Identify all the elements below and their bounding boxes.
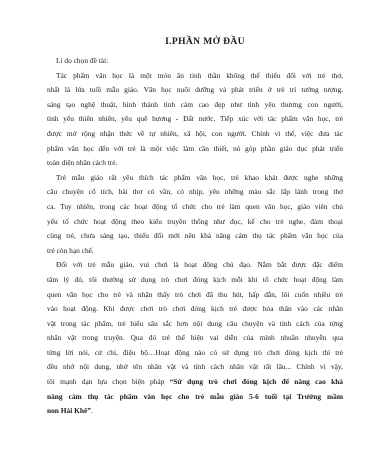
text-line: trẻ còn hạn chế.: [47, 244, 343, 259]
text-line: yếu tổ chức hoạt động theo kiểu truyền t…: [47, 215, 343, 230]
text-line: năng cảm thụ tác phẩm văn học cho trẻ mẫ…: [47, 390, 343, 405]
paragraph: Trẻ mẫu giáo rất yêu thích tác phẩm văn …: [47, 171, 343, 259]
document-page: I.PHẦN MỞ ĐẦU Lí do chọn đề tài: Tác phẩ…: [0, 0, 366, 473]
text-line: tình yêu thiên nhiên, yêu quê hương - Đấ…: [47, 112, 343, 127]
text-line: đều nhớ nội dung, nhớ tên nhân vật và tí…: [47, 360, 343, 375]
text-line: Tác phẩm văn học là một món ăn tinh thần…: [47, 69, 343, 84]
text-line: tôi mạnh dạn lựa chọn biện pháp “Sử dụng…: [47, 375, 343, 390]
text-run: Tác phẩm văn học là một món ăn tinh thần…: [56, 71, 343, 80]
text-run: tôi mạnh dạn lựa chọn biện pháp: [47, 377, 170, 386]
text-line: cùng trẻ, chưa sáng tạo, thiếu đổi mới n…: [47, 229, 343, 244]
text-line: toàn diện nhân cách trẻ.: [47, 156, 343, 171]
text-run: Trẻ mẫu giáo rất yêu thích tác phẩm văn …: [56, 173, 343, 182]
text-run: cùng trẻ, chưa sáng tạo, thiếu đổi mới n…: [47, 231, 343, 240]
section-heading: Lí do chọn đề tài:: [47, 54, 343, 69]
text-run: năng cảm thụ tác phẩm văn học cho trẻ mẫ…: [47, 392, 343, 401]
document-body: Tác phẩm văn học là một món ăn tinh thần…: [47, 69, 343, 419]
text-run: sáng tạo nghệ thuật, hình thành tình cảm…: [47, 100, 343, 109]
text-run: quen văn học cho trẻ và nhận thấy trò ch…: [47, 290, 343, 299]
text-run: từng lời nói, cử chỉ, điệu bộ…Hoạt động …: [47, 348, 343, 357]
text-block: I.PHẦN MỞ ĐẦU Lí do chọn đề tài: Tác phẩ…: [47, 36, 343, 419]
text-run: tình yêu thiên nhiên, yêu quê hương - Đấ…: [47, 114, 343, 123]
text-line: tâm lý đó, tôi thường sử dụng trò chơi đ…: [47, 273, 343, 288]
text-line: phẩm văn học đến với trẻ là một việc làm…: [47, 142, 343, 157]
text-run: trẻ còn hạn chế.: [47, 246, 94, 255]
text-line: câu chuyện cổ tích, bài thơ có vần, có n…: [47, 185, 343, 200]
text-line: non Hải Khê”.: [47, 404, 343, 419]
text-run: vật trong tác phẩm, trẻ hiểu sâu sắc hơn…: [47, 319, 343, 328]
text-line: vật trong tác phẩm, trẻ hiểu sâu sắc hơn…: [47, 317, 343, 332]
text-line: nhân vật trong truyện. Qua đó trẻ thể hi…: [47, 331, 343, 346]
text-run: đều nhớ nội dung, nhớ tên nhân vật và tí…: [47, 362, 343, 371]
text-line: nhất là lứa tuổi mẫu giáo. Văn học nuôi …: [47, 83, 343, 98]
text-run: yếu tổ chức hoạt động theo kiểu truyền t…: [47, 217, 343, 226]
text-run: nhất là lứa tuổi mẫu giáo. Văn học nuôi …: [47, 85, 343, 94]
text-run: được mở rộng nhận thức về tự nhiên, xã h…: [47, 129, 343, 138]
text-run: Đối với trẻ mẫu giáo, vui chơi là hoạt đ…: [56, 260, 343, 269]
text-line: ca. Tuy nhiên, trong các hoạt động tổ ch…: [47, 200, 343, 215]
text-run: toàn diện nhân cách trẻ.: [47, 158, 117, 167]
text-run: vào hoạt động. Khi được chơi trò chơi đó…: [47, 304, 343, 313]
text-line: Trẻ mẫu giáo rất yêu thích tác phẩm văn …: [47, 171, 343, 186]
text-line: sáng tạo nghệ thuật, hình thành tình cảm…: [47, 98, 343, 113]
text-run: .: [91, 406, 93, 415]
text-line: quen văn học cho trẻ và nhận thấy trò ch…: [47, 288, 343, 303]
text-run: phẩm văn học đến với trẻ là một việc làm…: [47, 144, 343, 153]
text-run: “Sử dụng trò chơi đóng kịch để nâng cao …: [170, 377, 343, 386]
paragraph: Tác phẩm văn học là một món ăn tinh thần…: [47, 69, 343, 171]
text-run: tâm lý đó, tôi thường sử dụng trò chơi đ…: [47, 275, 343, 284]
paragraph: Đối với trẻ mẫu giáo, vui chơi là hoạt đ…: [47, 258, 343, 419]
text-line: từng lời nói, cử chỉ, điệu bộ…Hoạt động …: [47, 346, 343, 361]
text-run: câu chuyện cổ tích, bài thơ có vần, có n…: [47, 187, 343, 196]
text-run: nhân vật trong truyện. Qua đó trẻ thể hi…: [47, 333, 343, 342]
text-run: non Hải Khê”: [47, 406, 91, 415]
text-line: được mở rộng nhận thức về tự nhiên, xã h…: [47, 127, 343, 142]
text-line: Đối với trẻ mẫu giáo, vui chơi là hoạt đ…: [47, 258, 343, 273]
text-run: ca. Tuy nhiên, trong các hoạt động tổ ch…: [47, 202, 343, 211]
page-title: I.PHẦN MỞ ĐẦU: [67, 36, 343, 48]
text-line: vào hoạt động. Khi được chơi trò chơi đó…: [47, 302, 343, 317]
